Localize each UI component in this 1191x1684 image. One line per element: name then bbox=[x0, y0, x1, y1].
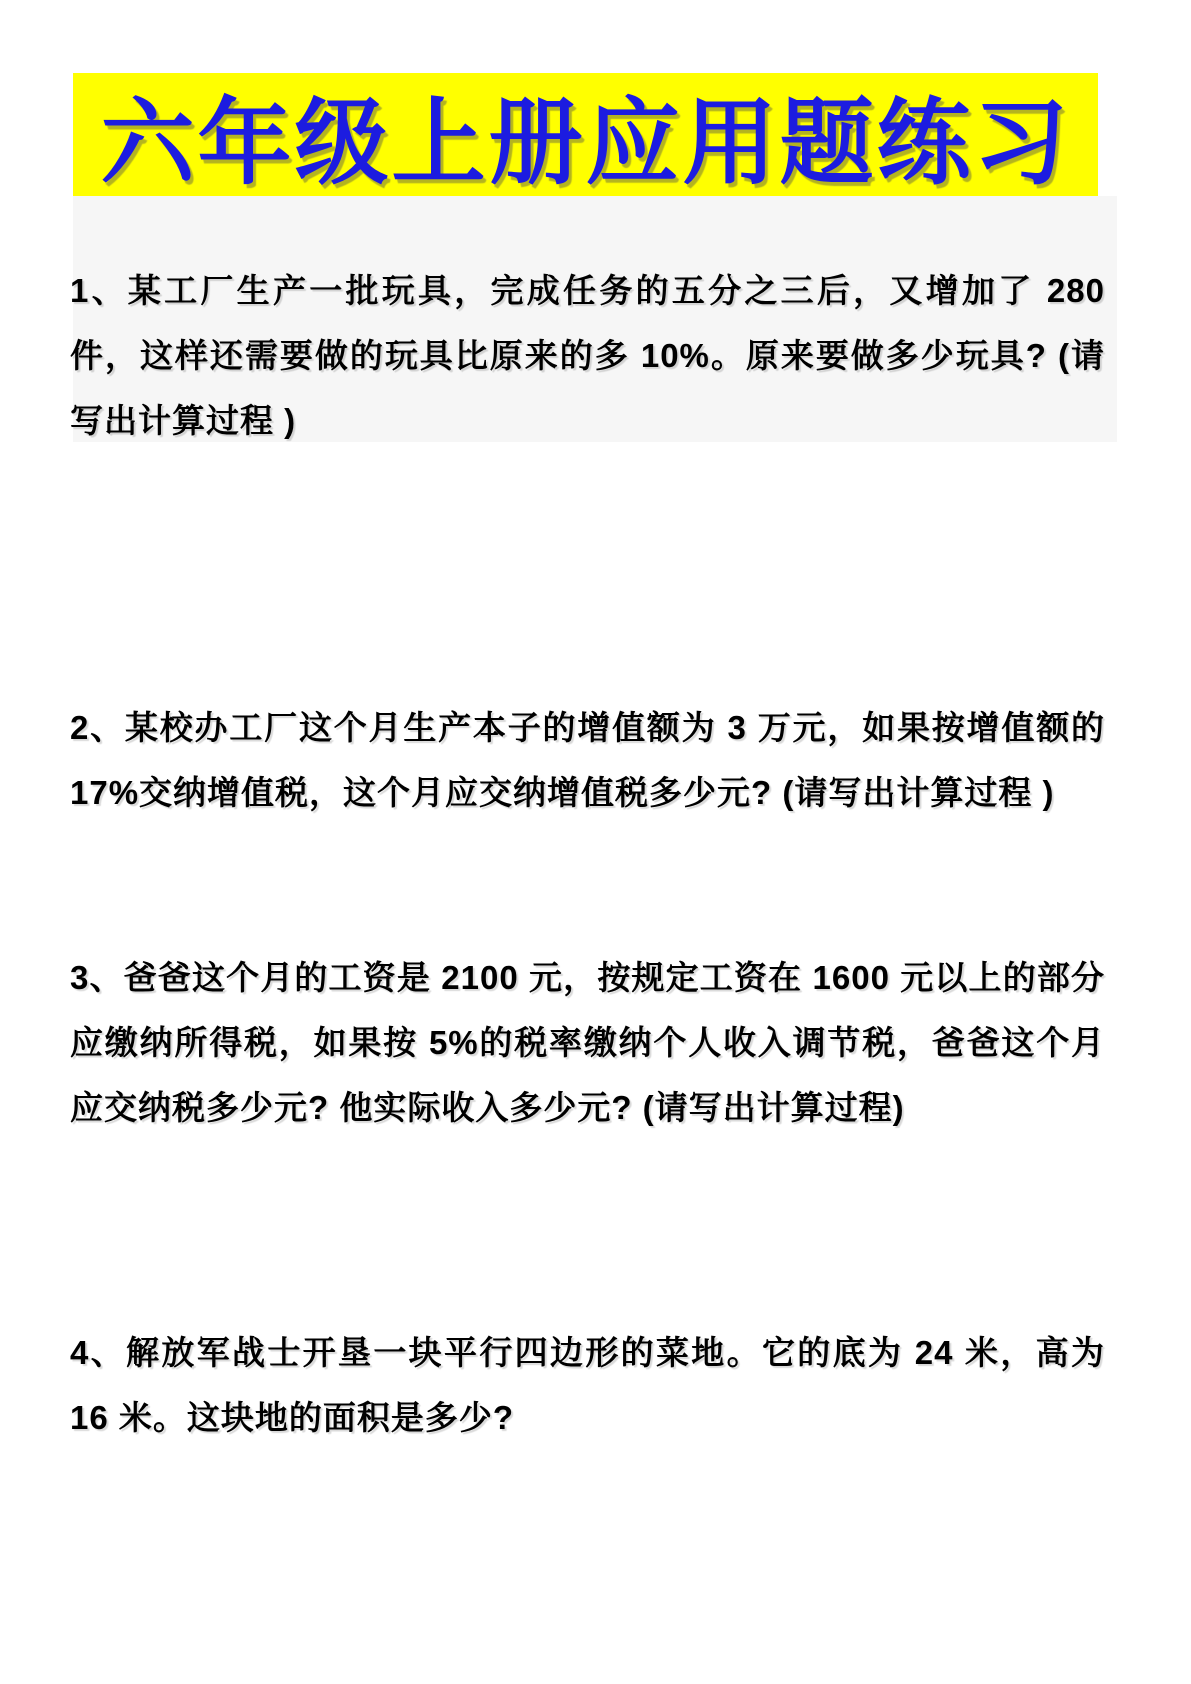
problem-1-text: 1、某工厂生产一批玩具，完成任务的五分之三后，又增加了 280 件，这样还需要做… bbox=[70, 258, 1105, 453]
problem-3-text: 3、爸爸这个月的工资是 2100 元，按规定工资在 1600 元以上的部分应缴纳… bbox=[70, 945, 1105, 1140]
document-page: 六年级上册应用题练习 1、某工厂生产一批玩具，完成任务的五分之三后，又增加了 2… bbox=[0, 0, 1191, 1684]
page-title: 六年级上册应用题练习 bbox=[100, 67, 1070, 202]
problem-2-text: 2、某校办工厂这个月生产本子的增值额为 3 万元，如果按增值额的 17%交纳增值… bbox=[70, 695, 1105, 825]
problem-4-text: 4、解放军战士开垦一块平行四边形的菜地。它的底为 24 米，高为 16 米。这块… bbox=[70, 1320, 1105, 1450]
title-highlight: 六年级上册应用题练习 bbox=[73, 73, 1098, 196]
